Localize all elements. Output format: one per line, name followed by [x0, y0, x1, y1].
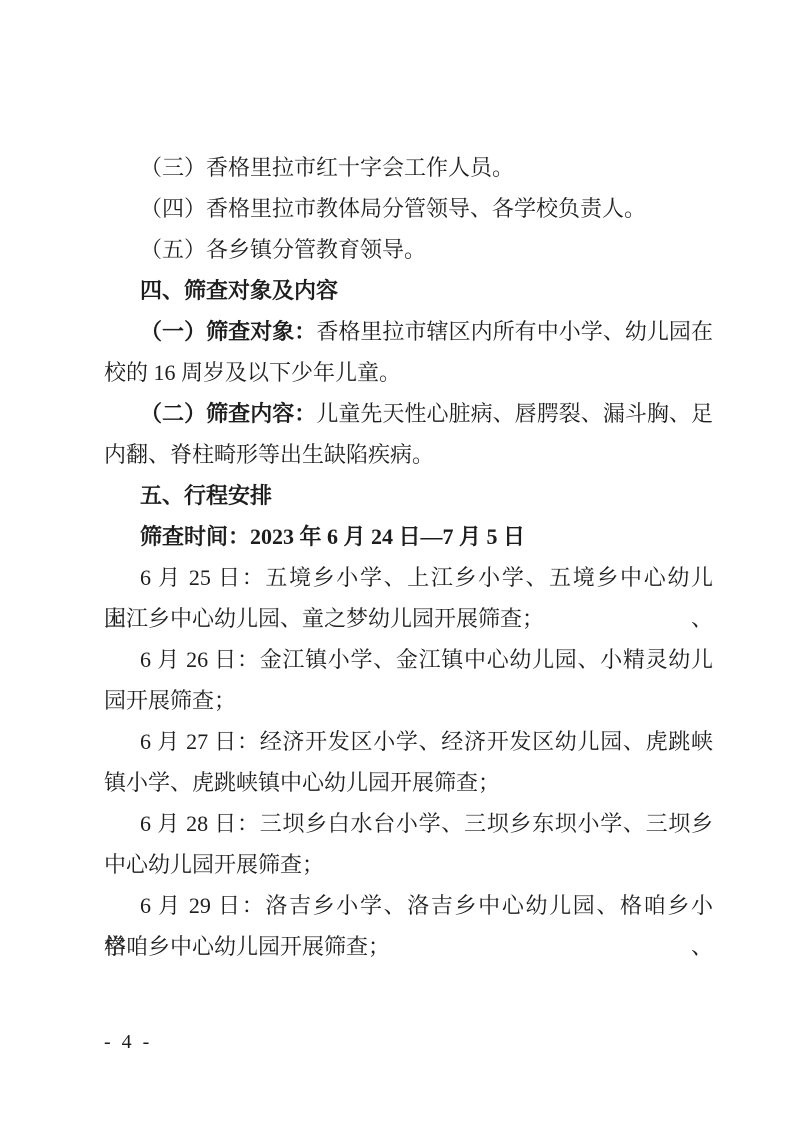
paragraph: 6 月 28 日：三坝乡白水台小学、三坝乡东坝小学、三坝乡 中心幼儿园开展筛查；	[104, 803, 713, 885]
document-line: 6 月 27 日：经济开发区小学、经济开发区幼儿园、虎跳峡	[104, 721, 713, 762]
document-line: （三）香格里拉市红十字会工作人员。	[104, 147, 713, 188]
section-heading: 筛查时间：2023 年 6 月 24 日—7 月 5 日	[104, 516, 713, 557]
document-line: （一）筛查对象：香格里拉市辖区内所有中小学、幼儿园在	[104, 311, 713, 352]
run-text: 儿童先天性心脏病、唇腭裂、漏斗胸、足	[316, 401, 713, 426]
document-body: （三）香格里拉市红十字会工作人员。 （四）香格里拉市教体局分管领导、各学校负责人…	[104, 147, 713, 967]
run-label-bold: （二）筛查内容：	[140, 401, 316, 426]
document-line: 镇小学、虎跳峡镇中心幼儿园开展筛查；	[104, 762, 713, 803]
document-line: 6 月 25 日：五境乡小学、上江乡小学、五境乡中心幼儿园、	[104, 557, 713, 598]
heading-line: 四、筛查对象及内容	[104, 270, 713, 311]
run-label-bold: （一）筛查对象：	[140, 319, 316, 344]
paragraph: 6 月 26 日：金江镇小学、金江镇中心幼儿园、小精灵幼儿 园开展筛查；	[104, 639, 713, 721]
heading-line: 五、行程安排	[104, 475, 713, 516]
document-line: 6 月 28 日：三坝乡白水台小学、三坝乡东坝小学、三坝乡	[104, 803, 713, 844]
paragraph: 6 月 29 日：洛吉乡小学、洛吉乡中心幼儿园、格咱乡小学、 格咱乡中心幼儿园开…	[104, 885, 713, 967]
document-line: （四）香格里拉市教体局分管领导、各学校负责人。	[104, 188, 713, 229]
document-line: （五）各乡镇分管教育领导。	[104, 229, 713, 270]
document-line: 中心幼儿园开展筛查；	[104, 844, 713, 885]
document-line: 校的 16 周岁及以下少年儿童。	[104, 352, 713, 393]
paragraph: 6 月 27 日：经济开发区小学、经济开发区幼儿园、虎跳峡 镇小学、虎跳峡镇中心…	[104, 721, 713, 803]
section-heading: 五、行程安排	[104, 475, 713, 516]
paragraph: 6 月 25 日：五境乡小学、上江乡小学、五境乡中心幼儿园、 上江乡中心幼儿园、…	[104, 557, 713, 639]
document-page: （三）香格里拉市红十字会工作人员。 （四）香格里拉市教体局分管领导、各学校负责人…	[0, 0, 793, 1122]
document-line: 6 月 29 日：洛吉乡小学、洛吉乡中心幼儿园、格咱乡小学、	[104, 885, 713, 926]
paragraph: （二）筛查内容：儿童先天性心脏病、唇腭裂、漏斗胸、足 内翻、脊柱畸形等出生缺陷疾…	[104, 393, 713, 475]
paragraph: （三）香格里拉市红十字会工作人员。	[104, 147, 713, 188]
document-line: 6 月 26 日：金江镇小学、金江镇中心幼儿园、小精灵幼儿	[104, 639, 713, 680]
paragraph: （一）筛查对象：香格里拉市辖区内所有中小学、幼儿园在 校的 16 周岁及以下少年…	[104, 311, 713, 393]
document-line: （二）筛查内容：儿童先天性心脏病、唇腭裂、漏斗胸、足	[104, 393, 713, 434]
page-number: - 4 -	[104, 1029, 152, 1055]
document-line: 园开展筛查；	[104, 680, 713, 721]
heading-line: 筛查时间：2023 年 6 月 24 日—7 月 5 日	[104, 516, 713, 557]
paragraph: （四）香格里拉市教体局分管领导、各学校负责人。	[104, 188, 713, 229]
document-line: 内翻、脊柱畸形等出生缺陷疾病。	[104, 434, 713, 475]
paragraph: （五）各乡镇分管教育领导。	[104, 229, 713, 270]
run-text: 香格里拉市辖区内所有中小学、幼儿园在	[316, 319, 713, 344]
section-heading: 四、筛查对象及内容	[104, 270, 713, 311]
